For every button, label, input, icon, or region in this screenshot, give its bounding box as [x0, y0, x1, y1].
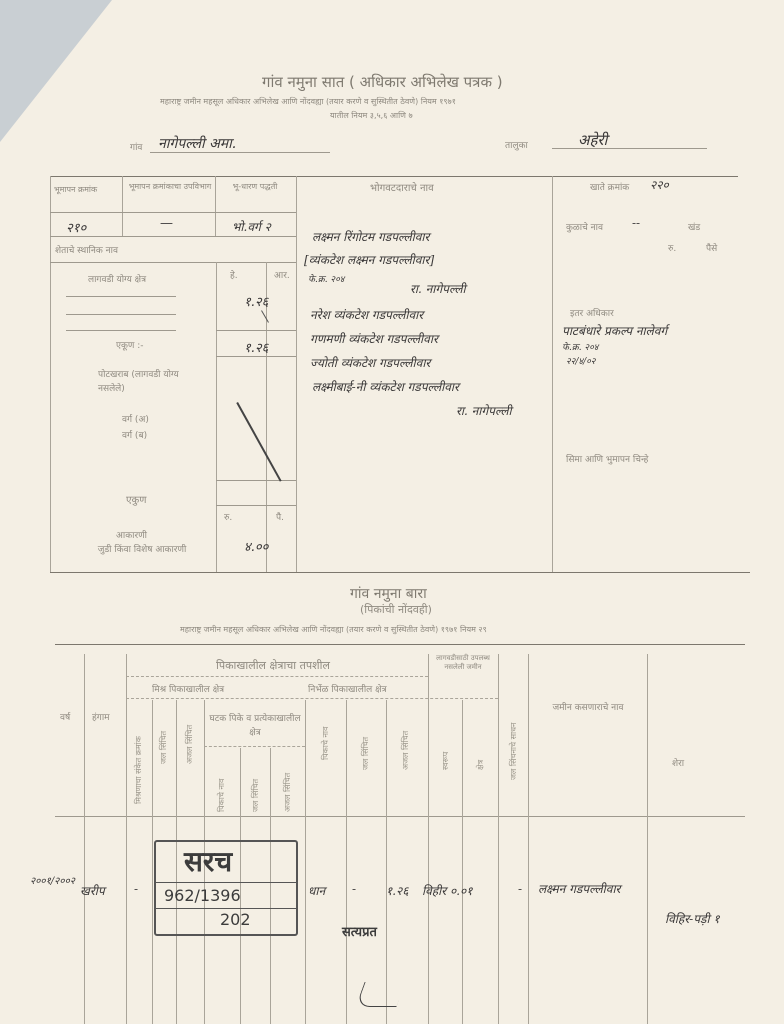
stamp-title: सरच [184, 842, 232, 880]
row-mixed: - [134, 882, 138, 896]
col-unirrigated: अजल सिंचित [184, 704, 195, 764]
unit-hectare: हे. [230, 268, 238, 281]
assessment-value: ४.०० [244, 537, 268, 555]
khata-value: २२० [650, 176, 669, 193]
row-area: १.२६ [386, 882, 409, 899]
survey-no-header: भूमापन क्रमांक [54, 184, 97, 195]
holder-line-5: ज्योती व्यंकटेश गडपल्लीवार [310, 354, 430, 371]
row-type: विहीर ०.०१ [422, 882, 473, 899]
col-owner: जमीन कसणाराचे नाव [548, 700, 628, 713]
other-rights-value: पाटबंधारे प्रकल्प नालेवर्ग [562, 322, 667, 339]
holder-line-3: नरेश व्यंकटेश गडपल्लीवार [310, 306, 423, 323]
holder-line-2: [व्यंकटेश लक्ष्मन गडपल्लीवार] [304, 251, 434, 268]
unit-are: आर. [274, 268, 290, 281]
col-crop-name: पिकाचे नाव [216, 752, 227, 812]
other-rights-fer-no: फे.क्र. २०४ [562, 340, 598, 353]
other-rights-label: इतर अधिकार [570, 306, 614, 319]
varg-b-label: वर्ग (ब) [122, 428, 147, 441]
row-pure-dash: - [352, 882, 356, 896]
cultivable-value: १.२६ [244, 292, 268, 310]
khata-label: खाते क्रमांक [590, 180, 629, 193]
col-ajal: अजल सिंचित [282, 752, 293, 812]
holder-line-6: लक्ष्मीबाई-नी व्यंकटेश गडपल्लीवार [312, 378, 459, 395]
varg-a-label: वर्ग (अ) [122, 412, 149, 425]
rs-label: रु. [668, 241, 676, 254]
col-season: हंगाम [92, 710, 110, 723]
tenant-label: कुळाचे नाव [566, 220, 603, 233]
holder-line-4: गणमणी व्यंकटेश गडपल्लीवार [310, 330, 438, 347]
official-stamp: सरच 962/1396 202 [154, 840, 298, 936]
holders-header: भोगवटदाराचे नाव [370, 180, 434, 194]
holder-residence-1: रा. नागेपल्ली [410, 280, 466, 297]
village-label: गांव [130, 140, 142, 153]
holder-fer-no: फे.क्र. २०४ [308, 272, 344, 285]
col-pure-jal: जल सिंचित [360, 710, 371, 770]
col-area: क्षेत्र [475, 730, 486, 770]
paise-label: पैसे [706, 241, 717, 254]
village-value: नागेपल्ली अमा. [158, 134, 236, 153]
taluka-label: तालुका [505, 138, 528, 151]
component-crops-header: घटक पिके व प्रत्येकाखालील क्षेत्र [206, 712, 304, 740]
holder-residence-2: रा. नागेपल्ली [456, 402, 512, 419]
row-season: खरीप [80, 882, 105, 899]
row-crop: धान [308, 882, 325, 899]
col-irrigation-source: जल सिंचनाचे साधन [508, 690, 519, 780]
stamp-sub: 202 [220, 910, 251, 929]
assessment-label: आकारणी [116, 528, 147, 541]
crop-area-group-header: पिकाखालील क्षेत्राचा तपशील [216, 658, 330, 673]
row-remark: विहिर-पड़ी १ [665, 910, 720, 927]
khand-label: खंड [688, 220, 700, 233]
tenant-value: -- [632, 216, 640, 230]
form7-subtitle-1: महाराष्ट्र जमीन महसूल अधिकार अभिलेख आणि … [160, 96, 456, 107]
tenure-header: भू-धारण पद्धती [230, 181, 280, 192]
col-year: वर्ष [60, 710, 70, 723]
survey-no-value: २१० [66, 218, 86, 236]
taluka-value: अहेरी [578, 130, 607, 150]
boundary-label: सिमा आणि भुमापन चिन्हे [566, 452, 648, 465]
cultivable-label: लागवडी योग्य क्षेत्र [88, 272, 146, 285]
unit-rupees: रु. [224, 510, 232, 523]
judi-label: जुडी किंवा विशेष आकारणी [92, 544, 192, 557]
col-pure-crop: पिकाचे नाव [320, 710, 331, 760]
form12-rule-line: महाराष्ट्र जमीन महसूल अधिकार अभिलेख आणि … [180, 624, 487, 635]
total2-label: एकुण [126, 492, 146, 506]
col-pure-ajal: अजल सिंचित [400, 710, 411, 770]
document-page: गांव नमुना सात ( अधिकार अभिलेख पत्रक ) म… [0, 0, 784, 1024]
strike-line [237, 402, 282, 481]
total-label: एकूण :- [116, 338, 144, 351]
unit-paise: पै. [276, 510, 284, 523]
row-owner: लक्ष्मन गडपल्लीवार [538, 880, 620, 897]
form12-subtitle: (पिकांची नोंदवही) [360, 602, 432, 617]
col-mixed-code: मिश्रणाचा संकेत क्रमांक [133, 704, 144, 804]
form7-subtitle-2: यातील नियम ३,५,६ आणि ७ [330, 110, 413, 121]
folded-corner [0, 0, 112, 142]
stamp-number: 962/1396 [164, 886, 241, 905]
total-value: १.२६ [244, 338, 268, 356]
holder-line-1: लक्ष्मन रिंगोटम गडपल्लीवार [312, 228, 429, 245]
form7-title: गांव नमुना सात ( अधिकार अभिलेख पत्रक ) [262, 72, 503, 92]
signature [355, 982, 405, 1007]
subdivision-value: — [160, 216, 173, 231]
local-name-label: शेताचे स्थानिक नाव [55, 243, 118, 256]
mixed-crop-header: मिश्र पिकाखालील क्षेत्र [152, 682, 224, 695]
row-year: २००१/२००२ [30, 876, 70, 888]
col-type: स्वरूप [440, 730, 451, 770]
subdivision-header: भूमापन क्रमांकाचा उपविभाग [126, 181, 214, 192]
form12-title: गांव नमुना बारा [350, 584, 427, 603]
certified-copy-stamp: सत्यप्रत [342, 922, 377, 940]
pot-kharab-label: पोटखराब (लागवडी योग्य नसलेले) [98, 368, 198, 396]
col-jal: जल सिंचित [250, 752, 261, 812]
tenure-value: भो.वर्ग २ [232, 218, 271, 235]
col-remarks: शेरा [672, 756, 684, 769]
pure-crop-header: निर्भेळ पिकाखालील क्षेत्र [308, 682, 387, 695]
other-rights-fer-date: २२/४/०२ [566, 354, 595, 367]
unavailable-land-header: लागवडीसाठी उपलब्ध नसलेली जमीन [428, 654, 498, 672]
col-irrigated: जल सिंचित [158, 704, 169, 764]
row-source: - [518, 882, 522, 896]
